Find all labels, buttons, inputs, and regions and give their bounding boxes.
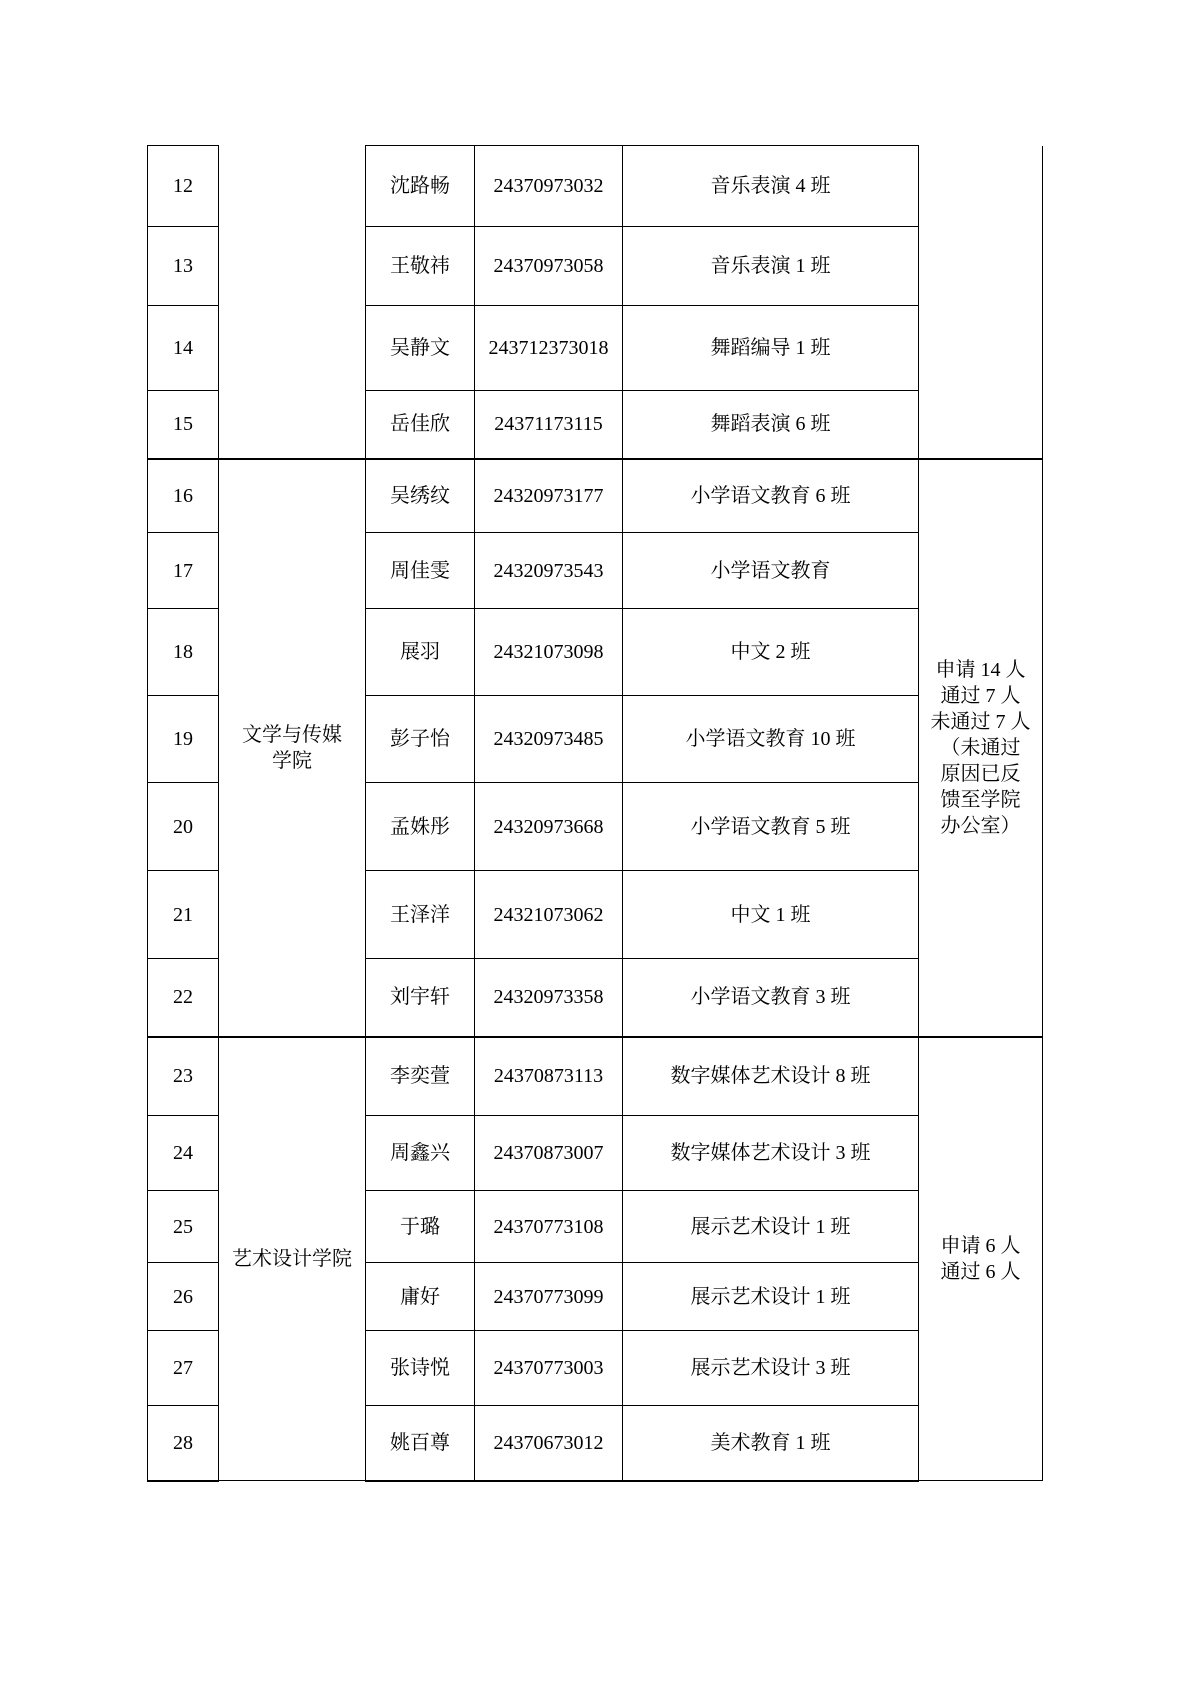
row-number-cell: 13 [148,227,219,306]
student-id-cell: 24320973358 [475,959,623,1037]
student-id-cell: 24370673012 [475,1406,623,1481]
class-cell: 数字媒体艺术设计 3 班 [623,1116,919,1191]
student-id-cell: 24370773003 [475,1331,623,1406]
student-id-cell: 24370773099 [475,1263,623,1331]
name-cell: 彭子怡 [366,696,475,783]
class-cell: 美术教育 1 班 [623,1406,919,1481]
student-id-cell: 24370873007 [475,1116,623,1191]
name-cell: 于璐 [366,1191,475,1263]
class-cell: 音乐表演 4 班 [623,146,919,227]
row-number-cell: 22 [148,959,219,1037]
remark-cell [919,146,1043,459]
remark-cell: 申请 6 人通过 6 人 [919,1037,1043,1481]
row-number-cell: 27 [148,1331,219,1406]
remark-cell: 申请 14 人通过 7 人未通过 7 人（未通过原因已反馈至学院办公室） [919,459,1043,1037]
student-id-cell: 24320973177 [475,459,623,533]
table-row: 16文学与传媒学院吴绣纹24320973177小学语文教育 6 班申请 14 人… [148,459,1043,533]
student-id-cell: 24320973668 [475,783,623,871]
class-cell: 展示艺术设计 1 班 [623,1191,919,1263]
name-cell: 展羽 [366,609,475,696]
class-cell: 展示艺术设计 3 班 [623,1331,919,1406]
name-cell: 王敬祎 [366,227,475,306]
student-id-cell: 243712373018 [475,306,623,391]
class-cell: 舞蹈编导 1 班 [623,306,919,391]
student-id-cell: 24321073062 [475,871,623,959]
name-cell: 周鑫兴 [366,1116,475,1191]
student-id-cell: 24320973485 [475,696,623,783]
class-cell: 中文 2 班 [623,609,919,696]
row-number-cell: 21 [148,871,219,959]
student-id-cell: 24370973032 [475,146,623,227]
college-cell [219,146,366,459]
college-cell: 艺术设计学院 [219,1037,366,1481]
class-cell: 数字媒体艺术设计 8 班 [623,1037,919,1116]
class-cell: 小学语文教育 [623,533,919,609]
name-cell: 孟姝彤 [366,783,475,871]
row-number-cell: 14 [148,306,219,391]
table-row: 23艺术设计学院李奕萱24370873113数字媒体艺术设计 8 班申请 6 人… [148,1037,1043,1116]
student-id-cell: 24320973543 [475,533,623,609]
class-cell: 小学语文教育 5 班 [623,783,919,871]
row-number-cell: 12 [148,146,219,227]
name-cell: 张诗悦 [366,1331,475,1406]
student-id-cell: 24370873113 [475,1037,623,1116]
name-cell: 吴绣纹 [366,459,475,533]
row-number-cell: 26 [148,1263,219,1331]
student-id-cell: 24321073098 [475,609,623,696]
row-number-cell: 20 [148,783,219,871]
class-cell: 展示艺术设计 1 班 [623,1263,919,1331]
name-cell: 周佳雯 [366,533,475,609]
document-page: 12沈路畅24370973032音乐表演 4 班13王敬祎24370973058… [0,0,1191,1684]
class-cell: 小学语文教育 3 班 [623,959,919,1037]
student-id-cell: 24370973058 [475,227,623,306]
student-table-body: 12沈路畅24370973032音乐表演 4 班13王敬祎24370973058… [148,146,1043,1481]
row-number-cell: 17 [148,533,219,609]
name-cell: 刘宇轩 [366,959,475,1037]
name-cell: 沈路畅 [366,146,475,227]
row-number-cell: 16 [148,459,219,533]
class-cell: 中文 1 班 [623,871,919,959]
student-id-cell: 24370773108 [475,1191,623,1263]
name-cell: 岳佳欣 [366,391,475,459]
row-number-cell: 24 [148,1116,219,1191]
name-cell: 庸好 [366,1263,475,1331]
name-cell: 李奕萱 [366,1037,475,1116]
row-number-cell: 25 [148,1191,219,1263]
row-number-cell: 28 [148,1406,219,1481]
row-number-cell: 18 [148,609,219,696]
class-cell: 音乐表演 1 班 [623,227,919,306]
name-cell: 吴静文 [366,306,475,391]
name-cell: 王泽洋 [366,871,475,959]
row-number-cell: 15 [148,391,219,459]
student-id-cell: 24371173115 [475,391,623,459]
class-cell: 小学语文教育 6 班 [623,459,919,533]
class-cell: 舞蹈表演 6 班 [623,391,919,459]
name-cell: 姚百尊 [366,1406,475,1481]
student-approval-table: 12沈路畅24370973032音乐表演 4 班13王敬祎24370973058… [147,145,1043,1482]
row-number-cell: 19 [148,696,219,783]
table-row: 12沈路畅24370973032音乐表演 4 班 [148,146,1043,227]
college-cell: 文学与传媒学院 [219,459,366,1037]
class-cell: 小学语文教育 10 班 [623,696,919,783]
row-number-cell: 23 [148,1037,219,1116]
